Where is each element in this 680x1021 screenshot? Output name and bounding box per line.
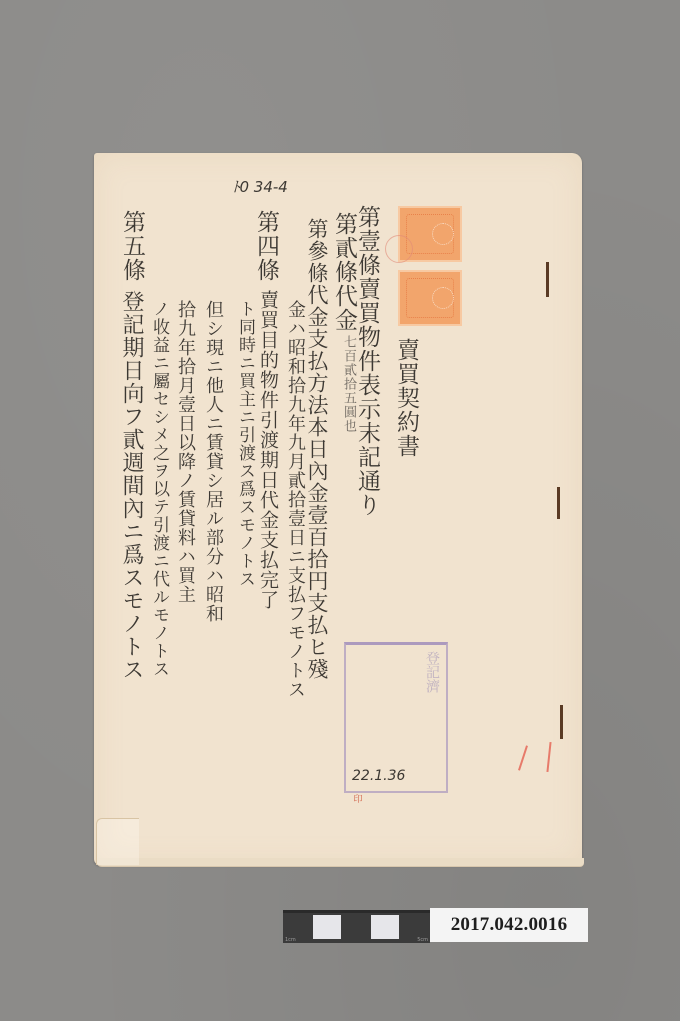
- registration-stamp-text: 登記濟: [423, 651, 441, 693]
- article-2: 第貳條代金: [332, 212, 355, 332]
- binding-hole-mark: [546, 262, 549, 297]
- binding-hole-mark: [560, 705, 563, 739]
- revenue-stamp-icon: [398, 270, 462, 326]
- ruler-label-right: 5cm: [417, 937, 428, 943]
- article-4-proviso-2: 拾九年拾月壹日以降ノ賃貸料ハ買主: [176, 300, 194, 604]
- seal-icon: [385, 235, 413, 263]
- paper-bottom-edge: [96, 858, 584, 867]
- document-title: 賣買契約書: [394, 338, 417, 458]
- ruler-white-segment: [371, 915, 399, 939]
- small-red-seal: 印: [346, 795, 370, 817]
- article-4-proviso-3: ノ收益ニ屬セシメ之ヲ以テ引渡ニ代ルモノトス: [150, 300, 167, 678]
- article-3: 第參條代金支払方法本日內金壹百拾円支払ヒ殘: [306, 218, 327, 680]
- binding-hole-mark: [557, 487, 560, 519]
- ruler-label-left: 1cm: [285, 937, 296, 943]
- top-handwritten-note: ﾄ0 34-4: [232, 176, 288, 197]
- article-2-amount: 七百貳拾五圓也: [342, 335, 355, 433]
- article-4-continued: ト同時ニ買主ニ引渡ス爲スモノトス: [236, 300, 253, 588]
- folded-corner: [96, 818, 139, 865]
- article-1: 第壹條賣買物件表示末記通り: [355, 205, 378, 517]
- article-4-proviso: 但シ現ニ他人ニ賃貸シ居ル部分ハ昭和: [204, 300, 222, 623]
- ruler-white-segment: [313, 915, 341, 939]
- article-4-heading: 第四條: [254, 210, 277, 282]
- article-3-continued: 金ハ昭和拾九年九月貳拾壹日ニ支払フモノトス: [286, 300, 304, 699]
- accession-number: 2017.042.0016: [430, 908, 588, 942]
- article-5-heading: 第五條: [120, 210, 143, 282]
- article-4-body: 賣買目的物件引渡期日代金支払完了: [258, 290, 277, 610]
- registration-number: 22.1.36: [352, 768, 405, 784]
- article-5-body: 登記期日向フ貳週間內ニ爲スモノトス: [120, 290, 142, 681]
- scale-ruler: 1cm 5cm: [283, 910, 430, 943]
